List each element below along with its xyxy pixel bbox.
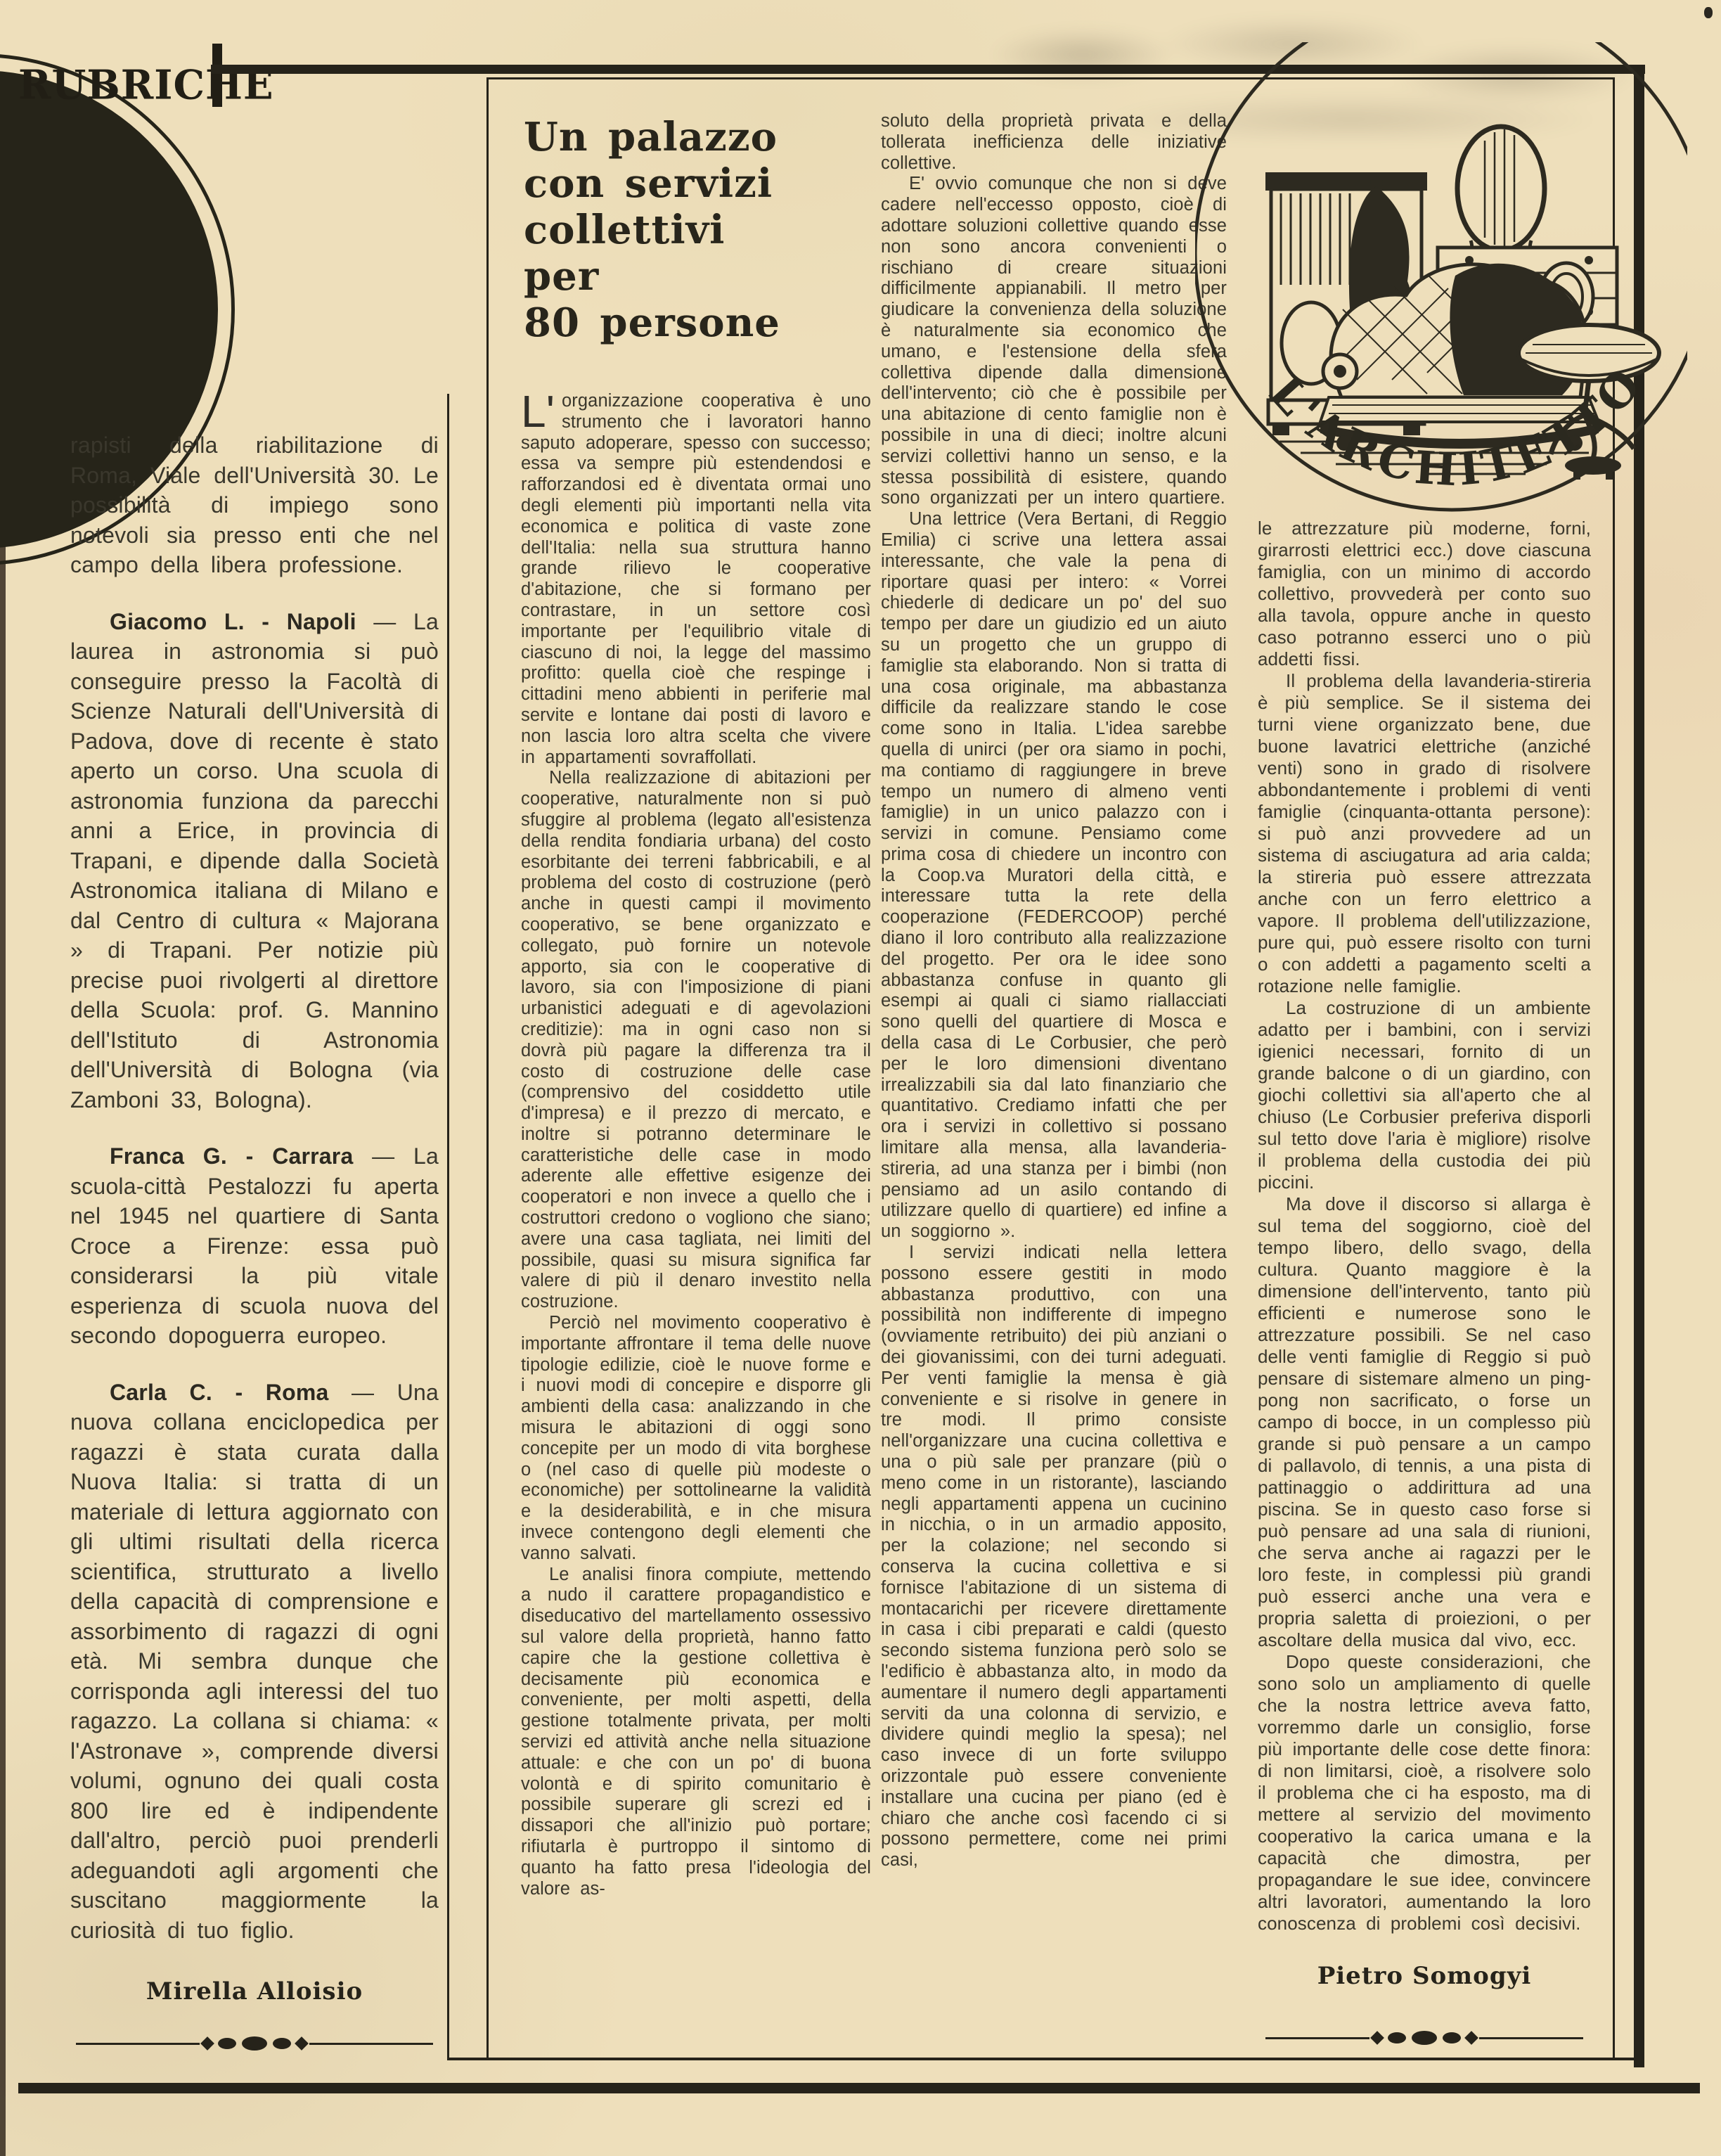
- letters-column: rapisti della riabilitazione di Roma, Vi…: [70, 430, 439, 1970]
- article-paragraph: Nella realizzazione di abitazioni per co…: [521, 768, 871, 1313]
- paragraph-text: rapisti della riabilitazione di Roma, Vi…: [70, 432, 439, 577]
- architetto-paragraph: Ma dove il discorso si allarga è sul tem…: [1258, 1193, 1591, 1651]
- ornament-bead: [1388, 2032, 1406, 2043]
- drop-cap: L': [521, 391, 562, 429]
- article-column-1: L'organizzazione cooperativa è uno strum…: [521, 391, 871, 2051]
- letter-paragraph: Giacomo L. - Napoli — La laurea in astro…: [70, 607, 439, 1115]
- article-paragraph: Le analisi finora compiute, mettendo a n…: [521, 1565, 871, 1900]
- paragraph-text: organizzazione cooperativa è uno strumen…: [521, 391, 871, 767]
- paragraph-text: Perciò nel movimento cooperativo è impor…: [521, 1313, 871, 1563]
- letter-lead: Franca G. - Carrara: [110, 1143, 353, 1169]
- letter-lead: Giacomo L. - Napoli: [110, 609, 356, 634]
- ornament-line: [76, 2043, 200, 2045]
- title-line: per: [524, 253, 868, 300]
- architetto-paragraph: le attrezzature più moderne, forni, gira…: [1258, 518, 1591, 670]
- title-line: Un palazzo: [524, 114, 868, 160]
- ornament-diamond: [200, 2036, 214, 2051]
- page-bottom-rule: [18, 2083, 1700, 2093]
- ornament-bead: [273, 2038, 291, 2049]
- article-paragraph: L'organizzazione cooperativa è uno strum…: [521, 391, 871, 768]
- architetto-badge: L'ARCHITETTO: [1195, 42, 1687, 534]
- article-paragraph: soluto della proprietà privata e della t…: [881, 111, 1227, 174]
- ornament-bead: [1443, 2032, 1461, 2043]
- paragraph-text: Dopo queste considerazioni, che sono sol…: [1258, 1651, 1591, 1934]
- ornament-line: [1265, 2037, 1369, 2039]
- architetto-paragraph: La costruzione di un ambiente adatto per…: [1258, 997, 1591, 1193]
- paragraph-text: Nella realizzazione di abitazioni per co…: [521, 768, 871, 1311]
- architetto-column: le attrezzature più moderne, forni, gira…: [1258, 518, 1591, 1958]
- paragraph-text: E' ovvio comunque che non si deve cadere…: [881, 174, 1227, 508]
- ornament-divider: [1265, 2031, 1583, 2045]
- ornament-diamond: [1370, 2031, 1384, 2045]
- architetto-paragraph: Dopo queste considerazioni, che sono sol…: [1258, 1651, 1591, 1934]
- ornament-bead: [242, 2036, 267, 2051]
- paragraph-text: La costruzione di un ambiente adatto per…: [1258, 997, 1591, 1193]
- scan-corner-mark: [1704, 7, 1713, 18]
- letter-paragraph: rapisti della riabilitazione di Roma, Vi…: [70, 430, 439, 580]
- title-line: collettivi: [524, 207, 868, 253]
- article-column-2: soluto della proprietà privata e della t…: [881, 111, 1227, 2052]
- article-bottom-rule: [447, 2058, 1644, 2060]
- article-title: Un palazzo con servizi collettivi per 80…: [524, 114, 868, 346]
- letter-paragraph: Franca G. - Carrara — La scuola-città Pe…: [70, 1141, 439, 1351]
- paragraph-text: Le analisi finora compiute, mettendo a n…: [521, 1565, 871, 1899]
- left-column-separator: [447, 394, 449, 2060]
- article-paragraph: E' ovvio comunque che non si deve cadere…: [881, 174, 1227, 509]
- article-paragraph: I servizi indicati nella lettera possono…: [881, 1243, 1227, 1871]
- paragraph-text: I servizi indicati nella lettera possono…: [881, 1243, 1227, 1870]
- paragraph-text: le attrezzature più moderne, forni, gira…: [1258, 518, 1591, 669]
- article-left-border: [486, 77, 489, 2060]
- ornament-diamond: [1464, 2031, 1478, 2045]
- paragraph-text: Ma dove il discorso si allarga è sul tem…: [1258, 1193, 1591, 1650]
- paragraph-text: Il problema della lavanderia-stireria è …: [1258, 670, 1591, 996]
- title-line: 80 persone: [524, 300, 868, 346]
- architetto-paragraph: Il problema della lavanderia-stireria è …: [1258, 670, 1591, 997]
- ornament-divider: [76, 2036, 433, 2051]
- signature-mirella-alloisio: Mirella Alloisio: [70, 1977, 439, 2006]
- letter-lead: Carla C. - Roma: [110, 1380, 329, 1405]
- magazine-page: RUBRICHE rapisti della riabilitazione di…: [0, 0, 1721, 2156]
- paragraph-text: Una lettrice (Vera Bertani, di Reggio Em…: [881, 509, 1227, 1241]
- article-paragraph: Perciò nel movimento cooperativo è impor…: [521, 1313, 871, 1565]
- ornament-bead: [1412, 2031, 1437, 2045]
- title-line: con servizi: [524, 160, 868, 207]
- rubric-tick: [212, 44, 222, 107]
- ornament-line: [309, 2043, 433, 2045]
- signature-pietro-somogyi: Pietro Somogyi: [1258, 1962, 1591, 1990]
- article-paragraph: Una lettrice (Vera Bertani, di Reggio Em…: [881, 509, 1227, 1243]
- ornament-line: [1479, 2037, 1583, 2039]
- letter-paragraph: Carla C. - Roma — Una nuova collana enci…: [70, 1378, 439, 1946]
- paragraph-text: — La scuola-città Pestalozzi fu aperta n…: [70, 1143, 439, 1348]
- ornament-diamond: [295, 2036, 309, 2051]
- ornament-bead: [218, 2038, 236, 2049]
- paragraph-text: — La laurea in astronomia si può consegu…: [70, 609, 439, 1112]
- paragraph-text: soluto della proprietà privata e della t…: [881, 111, 1227, 173]
- paragraph-text: — Una nuova collana enciclopedica per ra…: [70, 1380, 439, 1943]
